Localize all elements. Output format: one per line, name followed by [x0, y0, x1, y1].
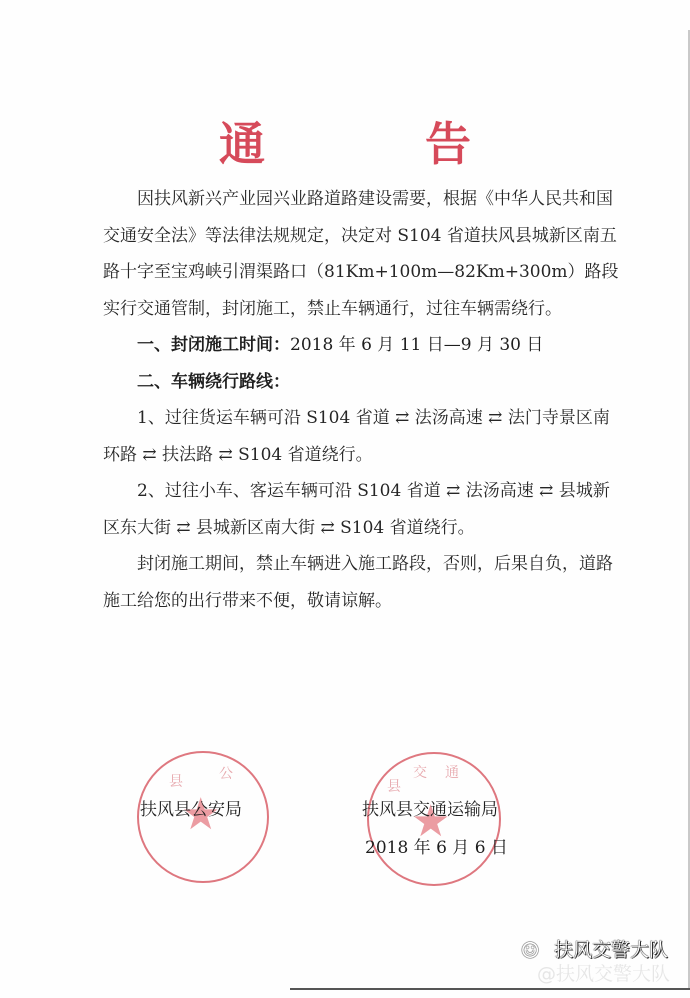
watermark-primary: 扶风交警大队	[554, 935, 668, 962]
section-closure-time-label: 一、封闭施工时间：	[137, 335, 290, 355]
route-item-passenger: 2、过往小车、客运车辆可沿 S104 省道 ⇄ 法汤高速 ⇄ 县城新区东大街 ⇄…	[103, 473, 623, 546]
seal-char: 公	[219, 763, 233, 783]
signature-public-security: 扶风县公安局	[140, 795, 242, 820]
seal-char: 交	[413, 762, 427, 782]
section-detour-routes: 二、车辆绕行路线：	[103, 364, 623, 401]
watermark-weibo: @扶风交警大队	[537, 959, 670, 986]
intro-paragraph: 因扶风新兴产业园兴业路道路建设需要，根据《中华人民共和国交通安全法》等法律法规规…	[103, 181, 623, 327]
notice-title: 通 告	[0, 108, 690, 174]
notice-page: 通 告 因扶风新兴产业园兴业路道路建设需要，根据《中华人民共和国交通安全法》等法…	[0, 0, 690, 998]
page-edge-bottom	[290, 988, 690, 990]
signature-transport: 扶风县交通运输局	[362, 795, 498, 820]
signature-date: 2018 年 6 月 6 日	[365, 833, 508, 858]
seal-char: 县	[169, 771, 183, 791]
notice-body: 因扶风新兴产业园兴业路道路建设需要，根据《中华人民共和国交通安全法》等法律法规规…	[103, 181, 623, 619]
seal-char: 县	[387, 776, 401, 796]
section-closure-time-value: 2018 年 6 月 11 日—9 月 30 日	[290, 335, 543, 355]
route-item-freight: 1、过往货运车辆可沿 S104 省道 ⇄ 法汤高速 ⇄ 法门寺景区南环路 ⇄ 扶…	[103, 400, 623, 473]
seal-char: 通	[445, 762, 459, 782]
closing-paragraph: 封闭施工期间，禁止车辆进入施工路段，否则，后果自负，道路施工给您的出行带来不便，…	[103, 546, 623, 619]
section-closure-time: 一、封闭施工时间：2018 年 6 月 11 日—9 月 30 日	[103, 327, 623, 364]
